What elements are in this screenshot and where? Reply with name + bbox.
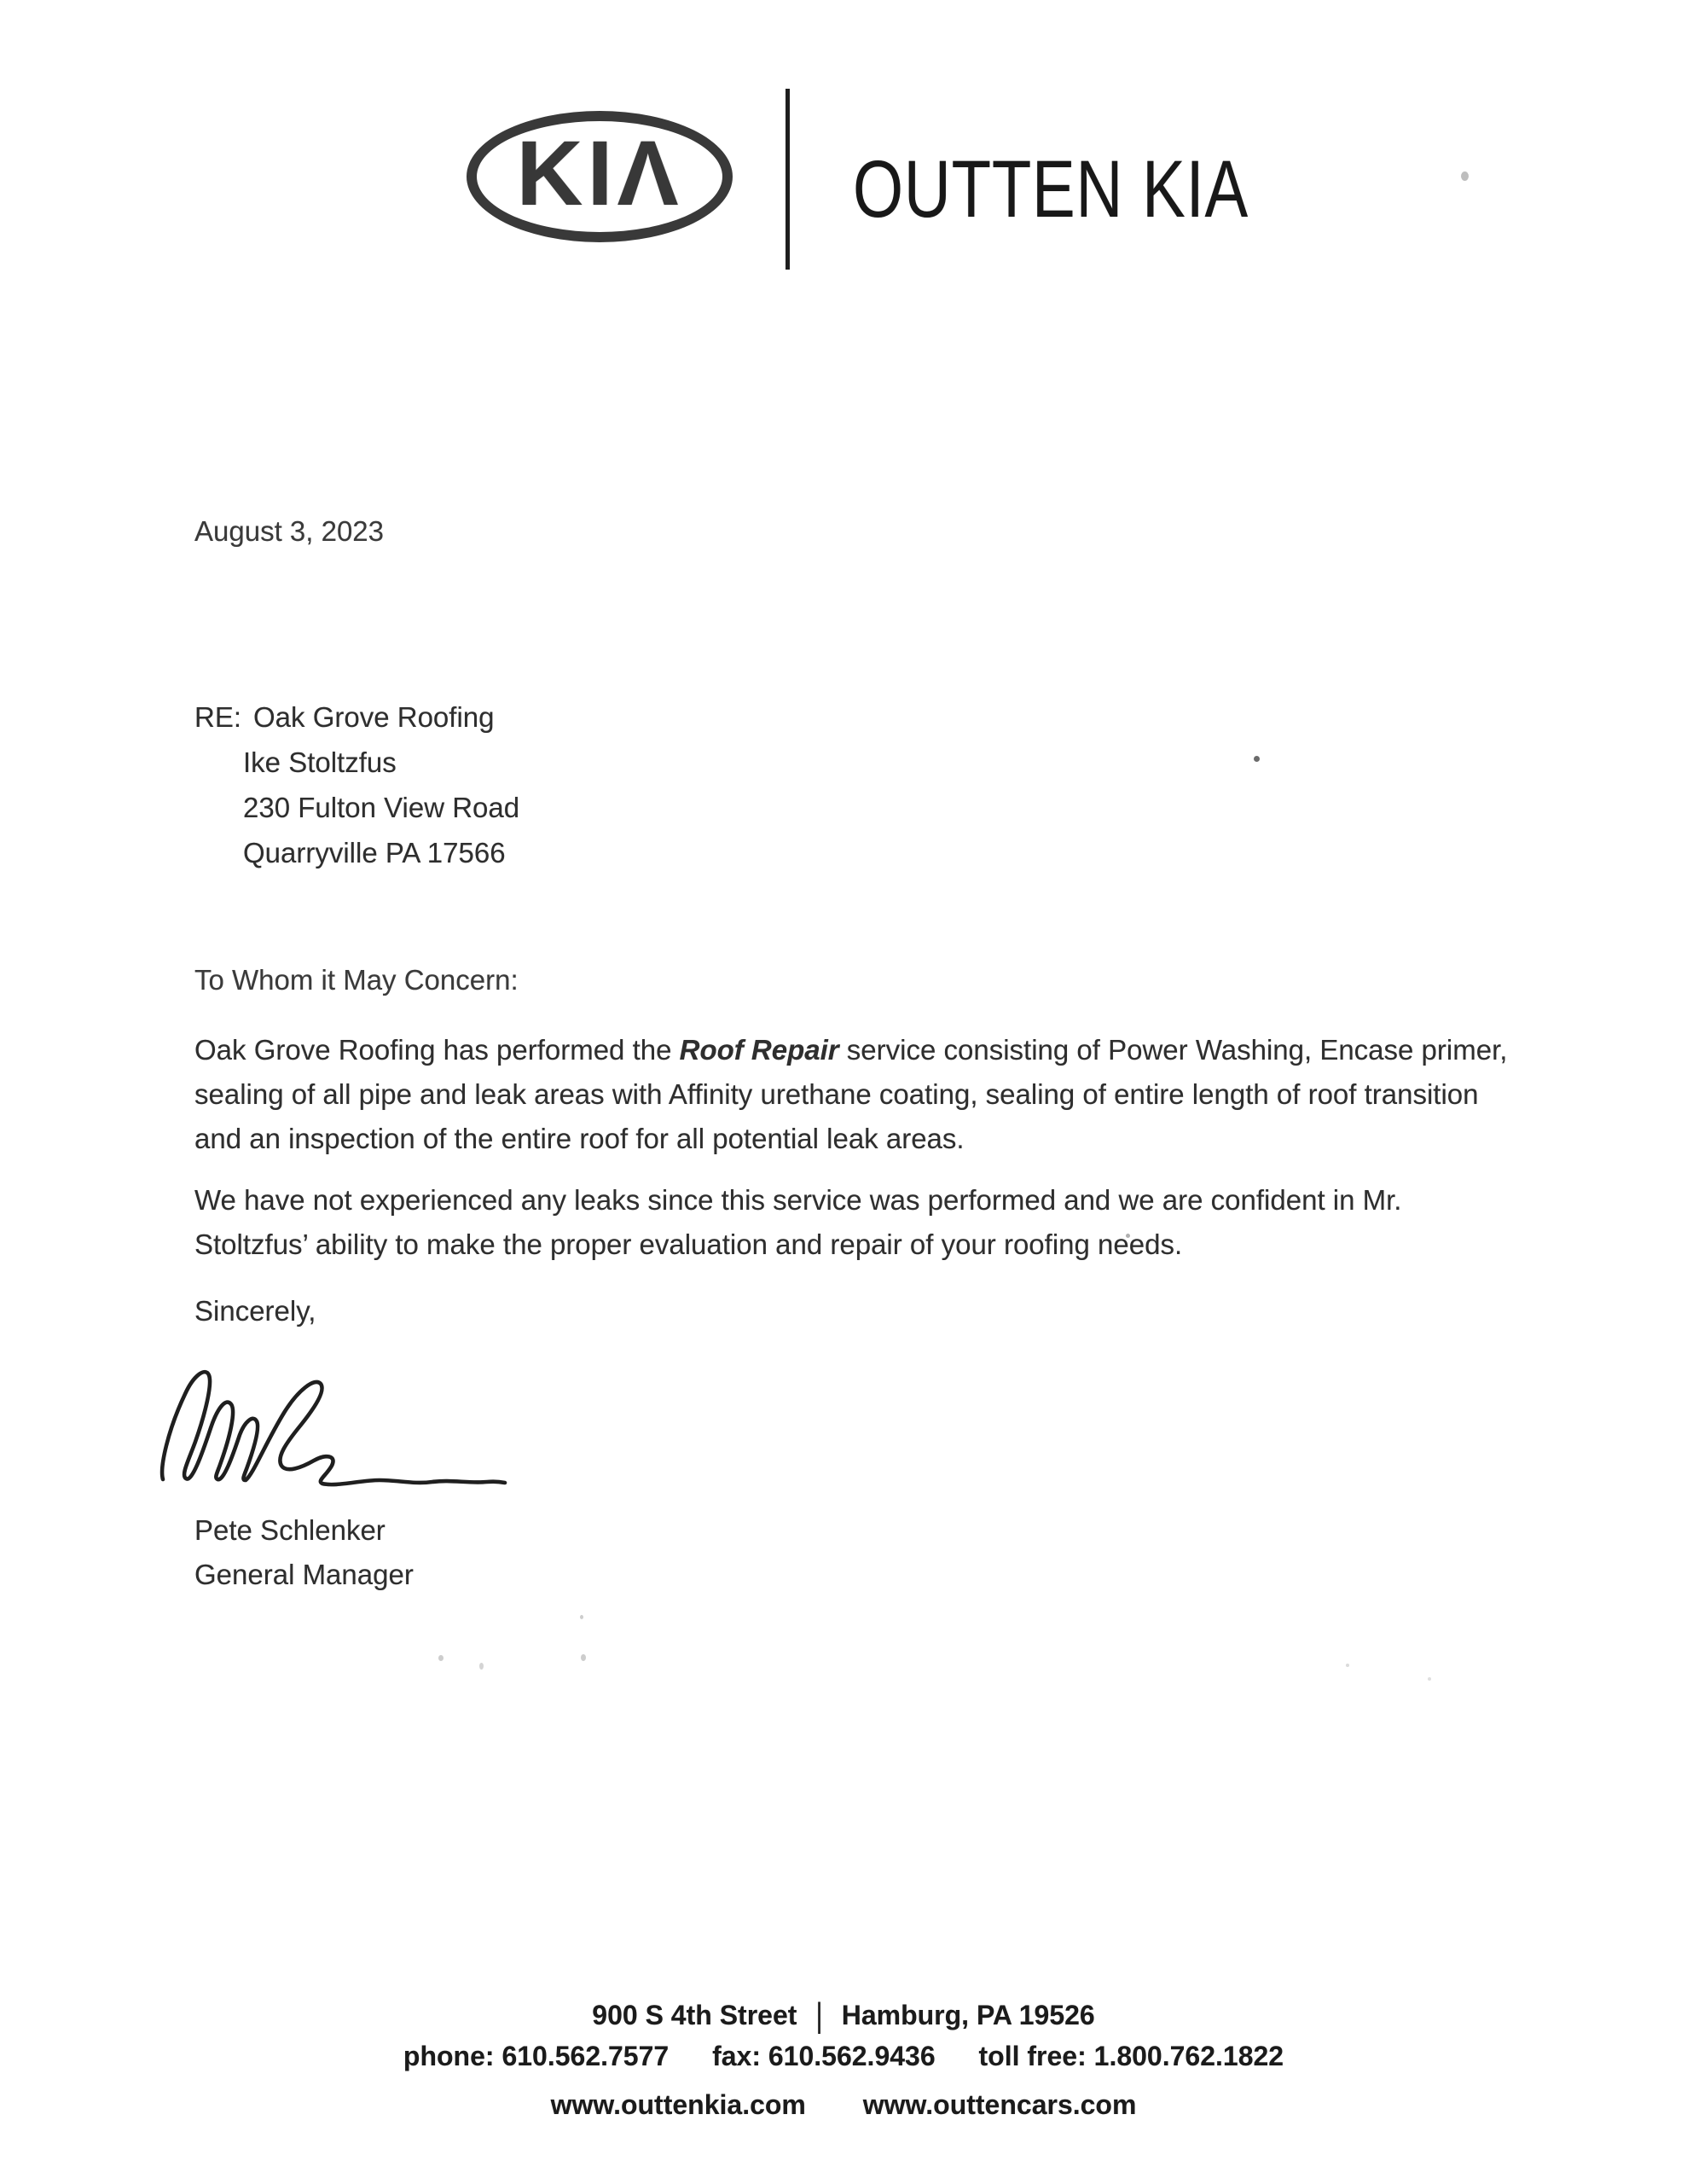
scan-speck — [1254, 756, 1260, 762]
footer-toll-free: toll free: 1.800.762.1822 — [979, 2041, 1284, 2071]
dealer-name: OUTTEN KIA — [853, 143, 1249, 236]
scan-speck — [580, 1615, 583, 1619]
recipient-street: 230 Fulton View Road — [243, 792, 519, 824]
closing-salutation: Sincerely, — [194, 1295, 316, 1327]
paragraph-2-line-2: Stoltzfus’ ability to make the proper ev… — [194, 1228, 1182, 1261]
signer-title: General Manager — [194, 1559, 414, 1591]
recipient-city: Quarryville PA 17566 — [243, 837, 506, 869]
scan-speck — [1346, 1664, 1349, 1667]
re-label: RE: — [194, 701, 241, 733]
footer-city: Hamburg, PA 19526 — [842, 2000, 1095, 2030]
paragraph-1-line-1: Oak Grove Roofing has performed the Roof… — [194, 1034, 1507, 1066]
footer-separator: | — [815, 1995, 822, 2035]
re-line: RE:Oak Grove Roofing — [194, 701, 494, 734]
scan-speck — [1428, 1677, 1431, 1681]
salutation: To Whom it May Concern: — [194, 964, 519, 996]
kia-logo-letters: KIΛ — [516, 127, 682, 219]
scanned-letter-page: KIΛ OUTTEN KIA August 3, 2023 RE:Oak Gro… — [0, 0, 1687, 2184]
footer-websites-line: www.outtenkia.com www.outtencars.com — [0, 2089, 1687, 2121]
p1-l1-pre: Oak Grove Roofing has performed the — [194, 1034, 680, 1066]
footer-phone: phone: 610.562.7577 — [403, 2041, 669, 2071]
footer-website-secondary: www.outtencars.com — [863, 2089, 1137, 2120]
p1-l1-bold-service-name: Roof Repair — [680, 1034, 839, 1066]
footer-phone-line: phone: 610.562.7577 fax: 610.562.9436 to… — [0, 2041, 1687, 2072]
scan-speck — [438, 1655, 443, 1661]
date-line: August 3, 2023 — [194, 515, 384, 548]
kia-logo-icon: KIΛ — [467, 111, 733, 242]
logo-divider-line — [786, 89, 790, 270]
recipient-company: Oak Grove Roofing — [253, 701, 494, 733]
scan-speck — [581, 1654, 586, 1661]
footer-street: 900 S 4th Street — [592, 2000, 797, 2030]
signer-name: Pete Schlenker — [194, 1514, 386, 1547]
recipient-name: Ike Stoltzfus — [243, 746, 397, 779]
footer-website-primary: www.outtenkia.com — [551, 2089, 806, 2120]
footer-address-line: 900 S 4th Street|Hamburg, PA 19526 — [0, 2000, 1687, 2031]
paragraph-1-line-2: sealing of all pipe and leak areas with … — [194, 1078, 1479, 1111]
paragraph-2-line-1: We have not experienced any leaks since … — [194, 1184, 1401, 1217]
signature-scribble-icon — [158, 1362, 525, 1498]
scan-speck — [1126, 1234, 1130, 1238]
p1-l1-post: service consisting of Power Washing, Enc… — [839, 1034, 1508, 1066]
paragraph-1-line-3: and an inspection of the entire roof for… — [194, 1123, 965, 1155]
footer-fax: fax: 610.562.9436 — [712, 2041, 936, 2071]
scan-speck — [1461, 171, 1469, 181]
scan-speck — [479, 1663, 484, 1670]
